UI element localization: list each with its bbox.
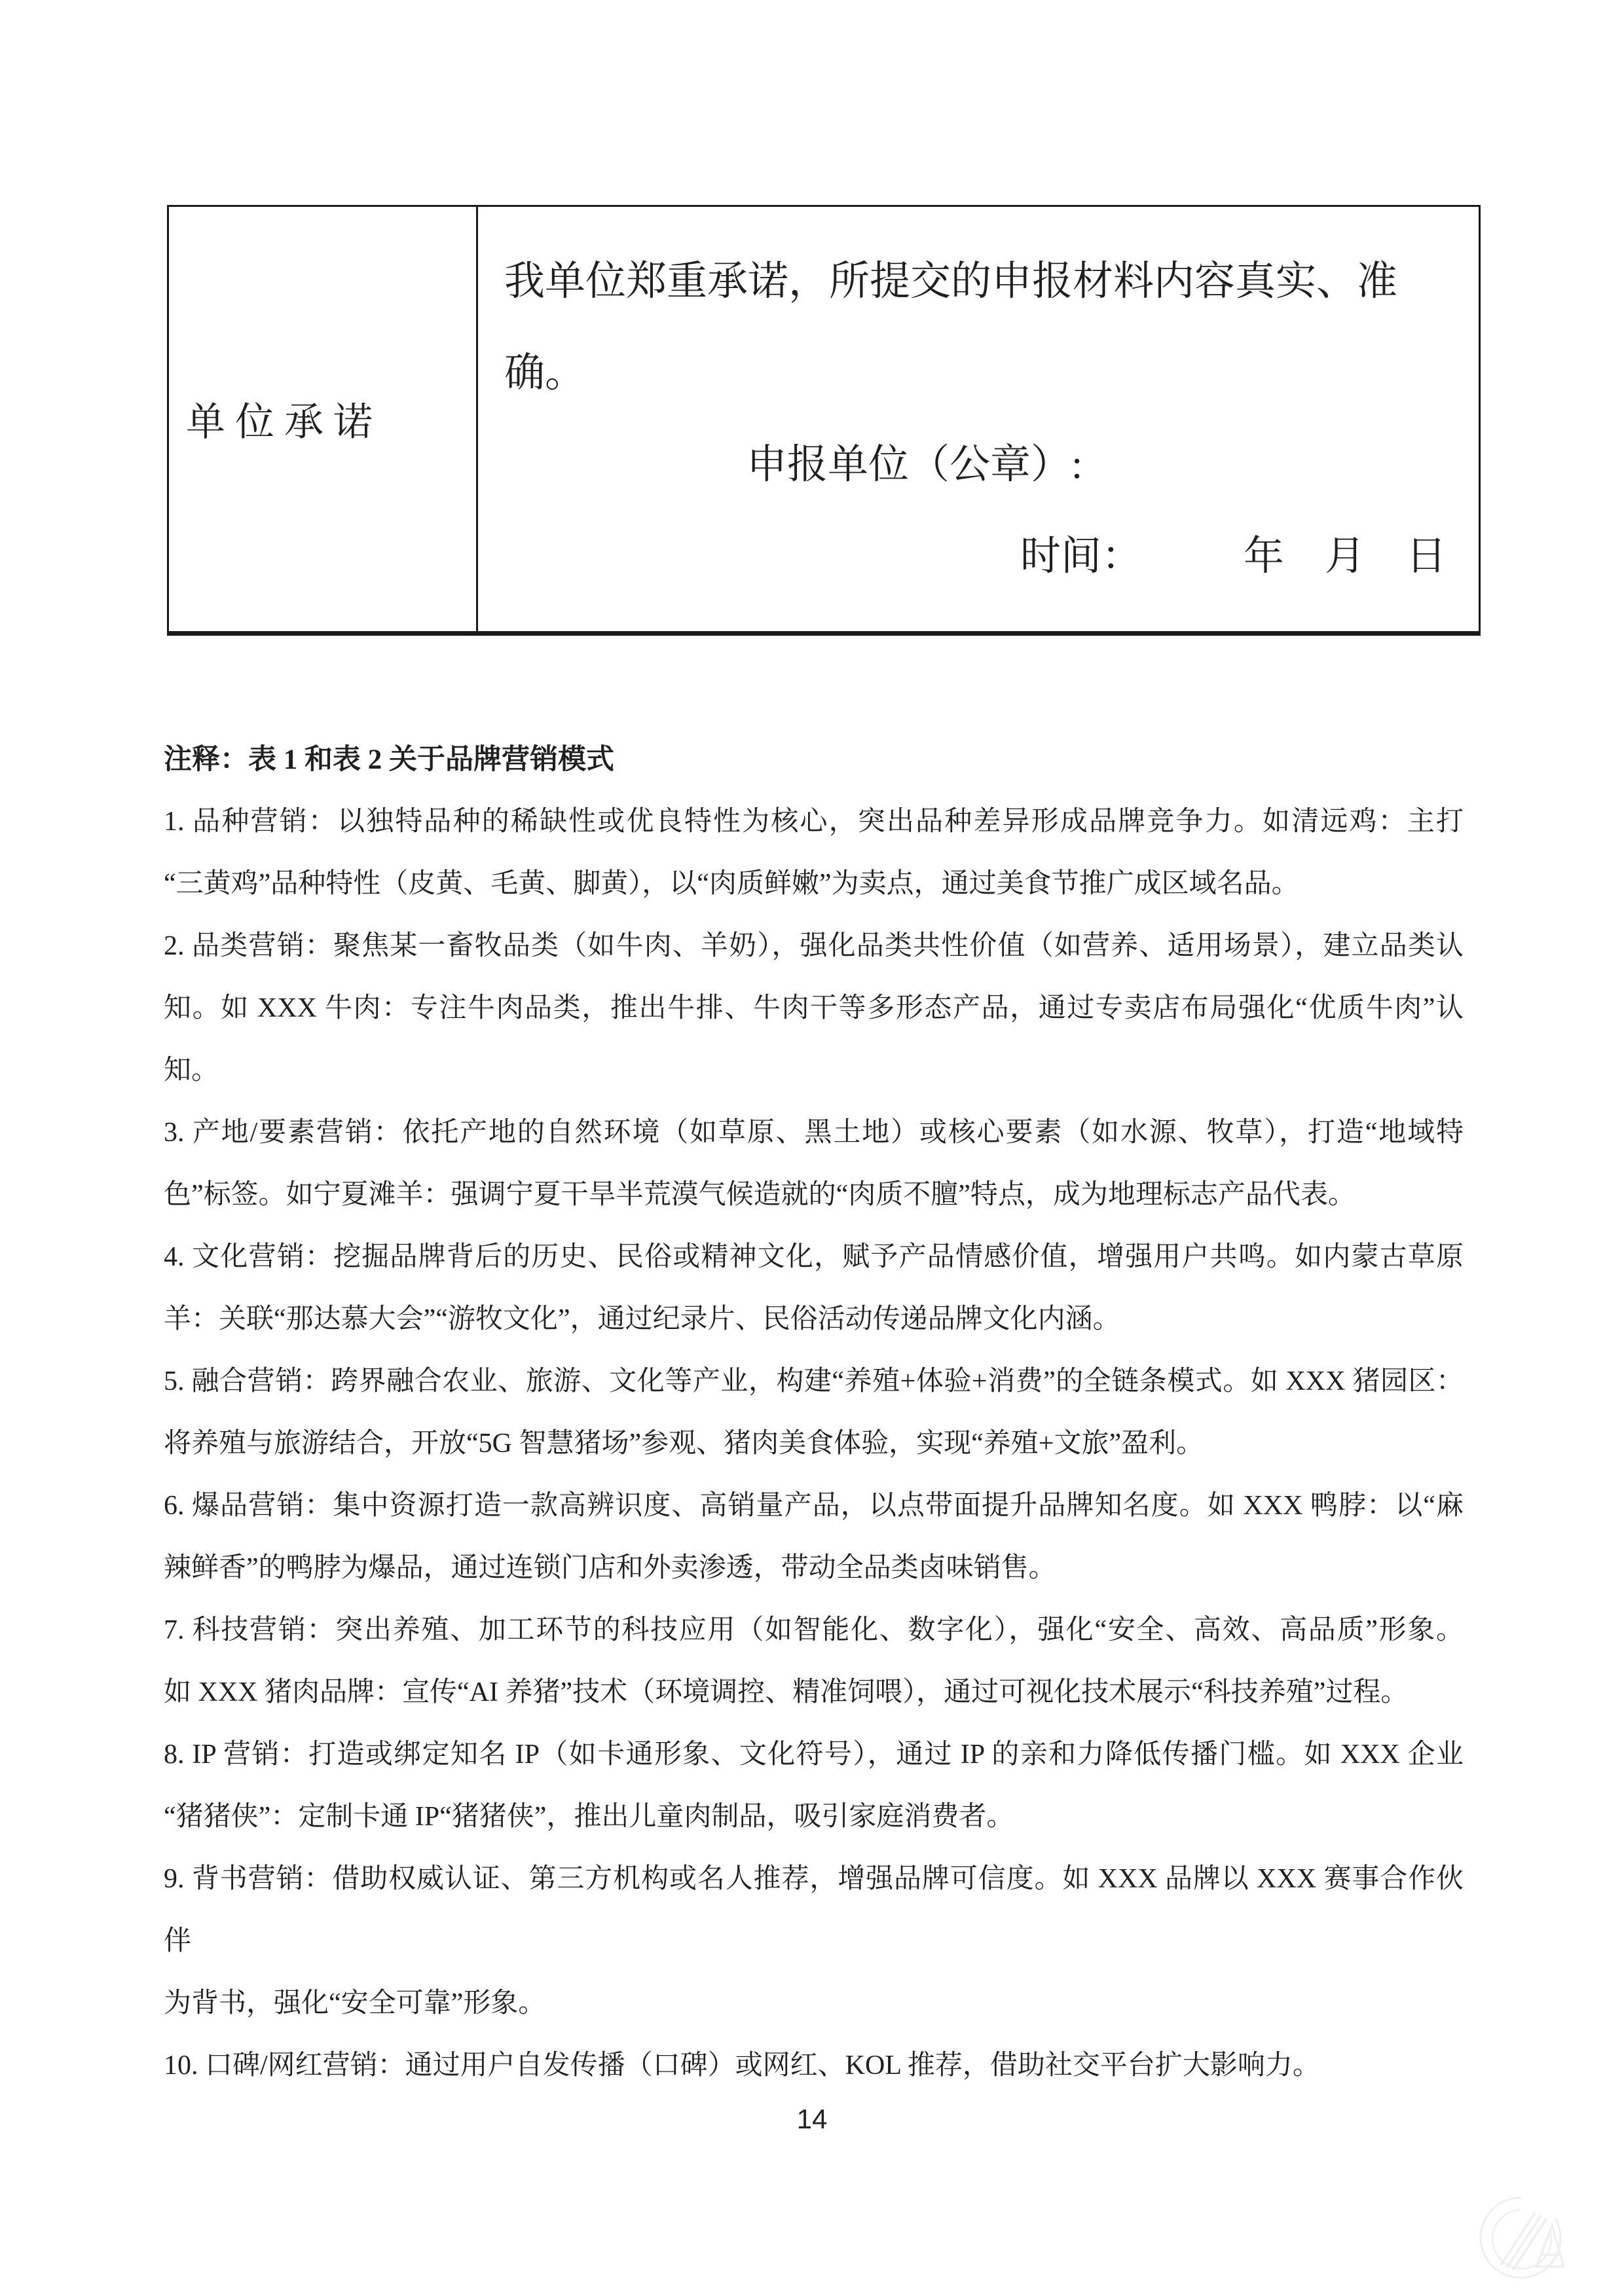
note-line: 如 XXX 猪肉品牌：宣传“AI 养猪”技术（环境调控、精准饲喂），通过可视化技… <box>164 1662 1464 1724</box>
date-line: 时间： 年 月 日 <box>504 511 1454 602</box>
note-line: 7. 科技营销：突出养殖、加工环节的科技应用（如智能化、数字化），强化“安全、高… <box>164 1599 1464 1662</box>
note-line: 知。 <box>164 1040 1464 1102</box>
commitment-label: 单位承诺 <box>186 391 382 447</box>
note-line: 10. 口碑/网红营销：通过用户自发传播（口碑）或网红、KOL 推荐，借助社交平… <box>164 2035 1464 2097</box>
commitment-label-cell: 单位承诺 <box>169 207 478 631</box>
note-line: 辣鲜香”的鸭脖为爆品，通过连锁门店和外卖渗透，带动全品类卤味销售。 <box>164 1537 1464 1599</box>
commitment-content-cell: 我单位郑重承诺，所提交的申报材料内容真实、准 确。 申报单位（公章）: 时间： … <box>478 207 1479 631</box>
note-line: “三黄鸡”品种特性（皮黄、毛黄、脚黄），以“肉质鲜嫩”为卖点，通过美食节推广成区… <box>164 853 1464 915</box>
notes-section: 注释：表 1 和表 2 关于品牌营销模式 1. 品种营销：以独特品种的稀缺性或优… <box>164 729 1464 2097</box>
document-page: 单位承诺 我单位郑重承诺，所提交的申报材料内容真实、准 确。 申报单位（公章）:… <box>0 0 1624 2296</box>
note-line: 5. 融合营销：跨界融合农业、旅游、文化等产业，构建“养殖+体验+消费”的全链条… <box>164 1351 1464 1413</box>
note-line: 8. IP 营销：打造或绑定知名 IP（如卡通形象、文化符号），通过 IP 的亲… <box>164 1724 1464 1786</box>
statement-line-2: 确。 <box>504 327 1454 419</box>
commitment-table: 单位承诺 我单位郑重承诺，所提交的申报材料内容真实、准 确。 申报单位（公章）:… <box>167 205 1481 636</box>
note-line: “猪猪侠”：定制卡通 IP“猪猪侠”，推出儿童肉制品，吸引家庭消费者。 <box>164 1786 1464 1848</box>
watermark-logo-icon <box>1477 2191 1569 2282</box>
notes-header: 注释：表 1 和表 2 关于品牌营销模式 <box>164 729 1464 791</box>
note-line: 4. 文化营销：挖掘品牌背后的历史、民俗或精神文化，赋予产品情感价值，增强用户共… <box>164 1226 1464 1288</box>
note-line: 色”标签。如宁夏滩羊：强调宁夏干旱半荒漠气候造就的“肉质不膻”特点，成为地理标志… <box>164 1164 1464 1226</box>
note-line: 知。如 XXX 牛肉：专注牛肉品类，推出牛排、牛肉干等多形态产品，通过专卖店布局… <box>164 977 1464 1040</box>
note-line: 将养殖与旅游结合，开放“5G 智慧猪场”参观、猪肉美食体验，实现“养殖+文旅”盈… <box>164 1413 1464 1475</box>
note-line: 6. 爆品营销：集中资源打造一款高辨识度、高销量产品，以点带面提升品牌知名度。如… <box>164 1475 1464 1537</box>
statement-line-1: 我单位郑重承诺，所提交的申报材料内容真实、准 <box>504 236 1454 327</box>
note-line: 羊：关联“那达慕大会”“游牧文化”，通过纪录片、民俗活动传递品牌文化内涵。 <box>164 1288 1464 1351</box>
note-line: 9. 背书营销：借助权威认证、第三方机构或名人推荐，增强品牌可信度。如 XXX … <box>164 1848 1464 1973</box>
page-number: 14 <box>0 2104 1624 2135</box>
note-line: 3. 产地/要素营销：依托产地的自然环境（如草原、黑土地）或核心要素（如水源、牧… <box>164 1102 1464 1164</box>
note-line: 2. 品类营销：聚焦某一畜牧品类（如牛肉、羊奶），强化品类共性价值（如营养、适用… <box>164 915 1464 977</box>
declare-unit-seal-line: 申报单位（公章）: <box>504 419 1454 511</box>
note-line: 为背书，强化“安全可靠”形象。 <box>164 1973 1464 2035</box>
note-line: 1. 品种营销：以独特品种的稀缺性或优良特性为核心，突出品种差异形成品牌竞争力。… <box>164 791 1464 853</box>
